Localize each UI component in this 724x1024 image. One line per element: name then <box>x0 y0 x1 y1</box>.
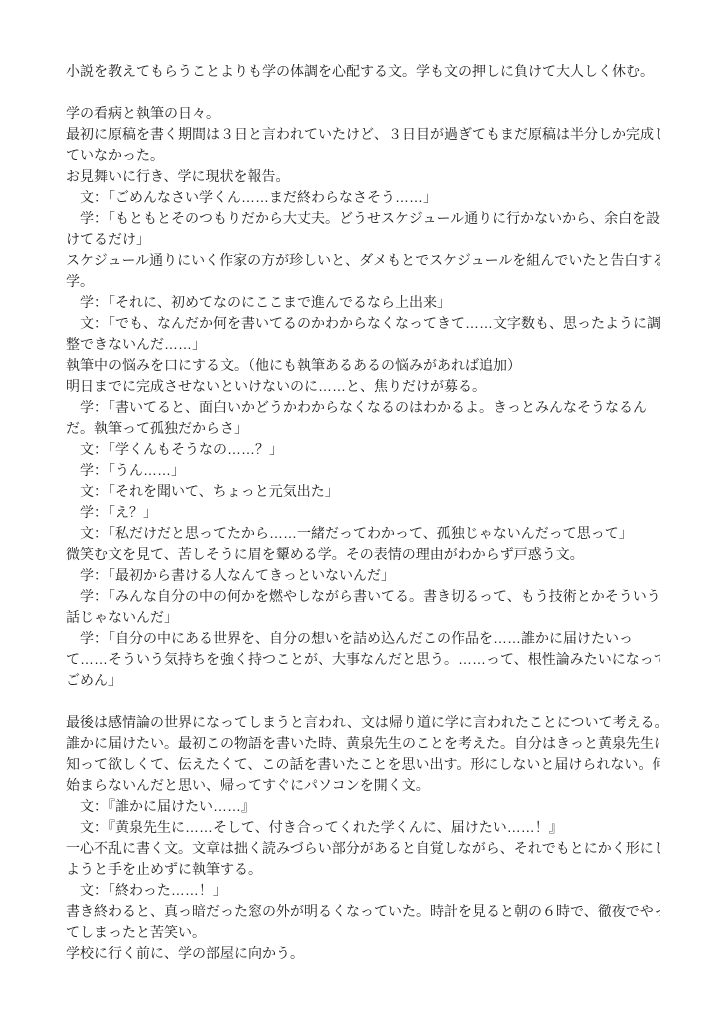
text-line: ようと手を止めずに執筆する。 <box>66 859 660 880</box>
text-line: 最初に原稿を書く期間は３日と言われていたけど、３日目が過ぎてもまだ原稿は半分しか… <box>66 124 660 145</box>
text-line: 小説を教えてもらうことよりも学の体調を心配する文。学も文の押しに負けて大人しく休… <box>66 61 660 82</box>
text-line: 文：「終わった……！」 <box>66 880 660 901</box>
text-line: 執筆中の悩みを口にする文。（他にも執筆あるあるの悩みがあれば追加） <box>66 355 660 376</box>
text-line: 文：『黄泉先生に……そして、付き合ってくれた学くんに、届けたい……！』 <box>66 817 660 838</box>
text-line: お見舞いに行き、学に現状を報告。 <box>66 166 660 187</box>
text-line: 学：「うん……」 <box>66 460 660 481</box>
text-line: 文：「ごめんなさい学くん……まだ終わらなさそう……」 <box>66 187 660 208</box>
text-line: ていなかった。 <box>66 145 660 166</box>
text-line: 明日までに完成させないといけないのに……と、焦りだけが募る。 <box>66 376 660 397</box>
text-line <box>66 82 660 103</box>
text-line: 始まらないんだと思い、帰ってすぐにパソコンを開く文。 <box>66 775 660 796</box>
text-line: ごめん」 <box>66 670 660 691</box>
text-line: 学：「書いてると、面白いかどうかわからなくなるのはわかるよ。きっとみんなそうなる… <box>66 397 660 418</box>
text-line: 文：『誰かに届けたい……』 <box>66 796 660 817</box>
text-line: 学の看病と執筆の日々。 <box>66 103 660 124</box>
text-line: 文：「それを聞いて、ちょっと元気出た」 <box>66 481 660 502</box>
text-line: 文：「でも、なんだか何を書いてるのかわからなくなってきて……文字数も、思ったよう… <box>66 313 660 334</box>
text-line: 最後は感情論の世界になってしまうと言われ、文は帰り道に学に言われたことについて考… <box>66 712 660 733</box>
text-line: 一心不乱に書く文。文章は拙く読みづらい部分があると自覚しながら、それでもとにかく… <box>66 838 660 859</box>
text-line: 話じゃないんだ」 <box>66 607 660 628</box>
text-line: 誰かに届けたい。最初この物語を書いた時、黄泉先生のことを考えた。自分はきっと黄泉… <box>66 733 660 754</box>
text-line: 学：「それに、初めてなのにここまで進んでるなら上出来」 <box>66 292 660 313</box>
document-page: 小説を教えてもらうことよりも学の体調を心配する文。学も文の押しに負けて大人しく休… <box>0 0 724 1024</box>
text-line: 文：「私だけだと思ってたから……一緒だってわかって、孤独じゃないんだって思って」 <box>66 523 660 544</box>
text-line: て……そういう気持ちを強く持つことが、大事なんだと思う。……って、根性論みたいに… <box>66 649 660 670</box>
text-line: けてるだけ」 <box>66 229 660 250</box>
text-line <box>66 691 660 712</box>
text-line: 微笑む文を見て、苦しそうに眉を顰める学。その表情の理由がわからず戸惑う文。 <box>66 544 660 565</box>
text-line: 書き終わると、真っ暗だった窓の外が明るくなっていた。時計を見ると朝の６時で、徹夜… <box>66 901 660 922</box>
text-line: 学：「最初から書ける人なんてきっといないんだ」 <box>66 565 660 586</box>
text-line: 学校に行く前に、学の部屋に向かう。 <box>66 943 660 964</box>
text-line: 学：「もともとそのつもりだから大丈夫。どうせスケジュール通りに行かないから、余白… <box>66 208 660 229</box>
text-line: 学：「え？」 <box>66 502 660 523</box>
text-line: 学：「みんな自分の中の何かを燃やしながら書いてる。書き切るって、もう技術とかそう… <box>66 586 660 607</box>
text-line: 学。 <box>66 271 660 292</box>
text-line: 文：「学くんもそうなの……？」 <box>66 439 660 460</box>
text-line: スケジュール通りにいく作家の方が珍しいと、ダメもとでスケジュールを組んでいたと告… <box>66 250 660 271</box>
text-line: だ。執筆って孤独だからさ」 <box>66 418 660 439</box>
text-line: 整できないんだ……」 <box>66 334 660 355</box>
text-line: 知って欲しくて、伝えたくて、この話を書いたことを思い出す。形にしないと届けられな… <box>66 754 660 775</box>
text-line: 学：「自分の中にある世界を、自分の想いを詰め込んだこの作品を……誰かに届けたいっ <box>66 628 660 649</box>
text-line: てしまったと苦笑い。 <box>66 922 660 943</box>
